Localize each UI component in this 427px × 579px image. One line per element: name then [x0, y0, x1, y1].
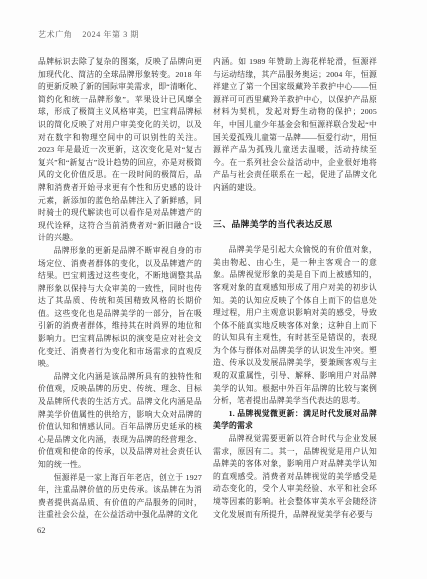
- issue-label: 2024 年第 3 期: [82, 30, 139, 39]
- running-header: 艺术广角2024 年第 3 期: [38, 29, 139, 40]
- paragraph: 品牌文化内涵是该品牌所具有的独特性和价值观，反映品牌的历史、传统、理念、目标及品…: [38, 371, 202, 472]
- paragraph: 恒源祥是一家上海百年老店，创立于 1927 年，注重品牌价值的历史传承。该品牌在…: [38, 472, 202, 522]
- paragraph: 品牌视觉需要更新以符合时代与企业发展需求，原因有二。其一，品牌视觉是用户认知品牌…: [213, 433, 377, 521]
- page-number: 62: [37, 525, 46, 535]
- section-heading: 三、品牌美学的当代表达反思: [213, 218, 377, 231]
- paragraph: 内涵。如 1989 年赞助上海花样轮滑，恒源祥与运动结缘，其产品服务奥运；200…: [213, 56, 377, 195]
- left-text-column: 品牌标识去除了复杂的图案，反映了品牌向更加现代化、简洁的全球品牌形象转变。201…: [38, 56, 202, 522]
- sub-heading: 1. 品牌视觉微更新：满足时代发展对品牌美学的需求: [213, 408, 377, 433]
- journal-title: 艺术广角: [38, 30, 72, 39]
- paragraph: 品牌标识去除了复杂的图案，反映了品牌向更加现代化、简洁的全球品牌形象转变。201…: [38, 56, 202, 245]
- paragraph: 品牌形象的更新是品牌不断审视自身的市场定位、消费者群体的变化，以及品牌遗产的结果…: [38, 245, 202, 371]
- right-text-column: 内涵。如 1989 年赞助上海花样轮滑，恒源祥与运动结缘，其产品服务奥运；200…: [213, 56, 377, 521]
- paragraph: 品牌美学是引起大众愉悦的有价值对象，美由物起、由心生，是一种主客观合一的意象。品…: [213, 244, 377, 408]
- journal-page: 艺术广角2024 年第 3 期 品牌标识去除了复杂的图案，反映了品牌向更加现代化…: [0, 0, 427, 579]
